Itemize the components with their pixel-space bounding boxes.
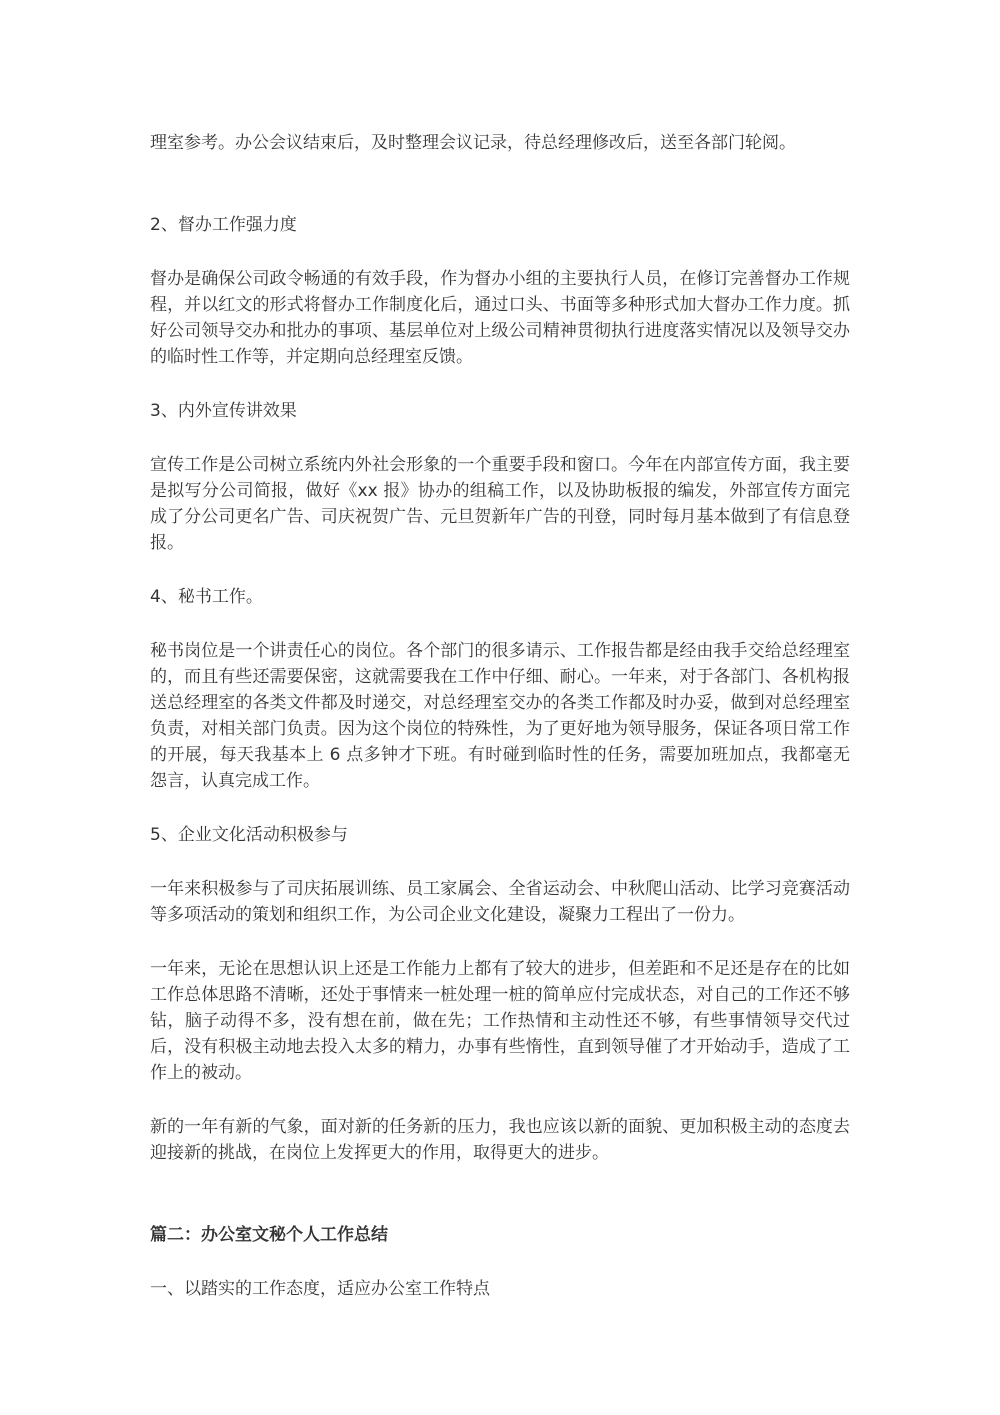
paragraph-meeting-records: 理室参考。办公会议结束后，及时整理会议记录，待总经理修改后，送至各部门轮阅。 xyxy=(150,130,850,156)
heading-part-two-section-one: 一、以踏实的工作态度，适应办公室工作特点 xyxy=(150,1276,850,1302)
paragraph-publicity-effect: 宣传工作是公司树立系统内外社会形象的一个重要手段和窗口。今年在内部宣传方面，我主… xyxy=(150,452,850,556)
heading-supervision-work: 2、督办工作强力度 xyxy=(150,212,850,238)
paragraph-supervision-work: 督办是确保公司政令畅通的有效手段，作为督办小组的主要执行人员，在修订完善督办工作… xyxy=(150,266,850,370)
heading-secretary-work: 4、秘书工作。 xyxy=(150,584,850,610)
paragraph-self-review: 一年来，无论在思想认识上还是工作能力上都有了较大的进步，但差距和不足还是存在的比… xyxy=(150,956,850,1086)
heading-part-two-title: 篇二：办公室文秘个人工作总结 xyxy=(150,1222,850,1248)
heading-publicity-effect: 3、内外宣传讲效果 xyxy=(150,398,850,424)
paragraph-secretary-work: 秘书岗位是一个讲责任心的岗位。各个部门的很多请示、工作报告都是经由我手交给总经理… xyxy=(150,638,850,794)
paragraph-new-year-outlook: 新的一年有新的气象，面对新的任务新的压力，我也应该以新的面貌、更加积极主动的态度… xyxy=(150,1114,850,1166)
heading-corporate-culture: 5、企业文化活动积极参与 xyxy=(150,822,850,848)
document-page: 理室参考。办公会议结束后，及时整理会议记录，待总经理修改后，送至各部门轮阅。 2… xyxy=(0,0,1000,1415)
paragraph-corporate-culture: 一年来积极参与了司庆拓展训练、员工家属会、全省运动会、中秋爬山活动、比学习竞赛活… xyxy=(150,876,850,928)
